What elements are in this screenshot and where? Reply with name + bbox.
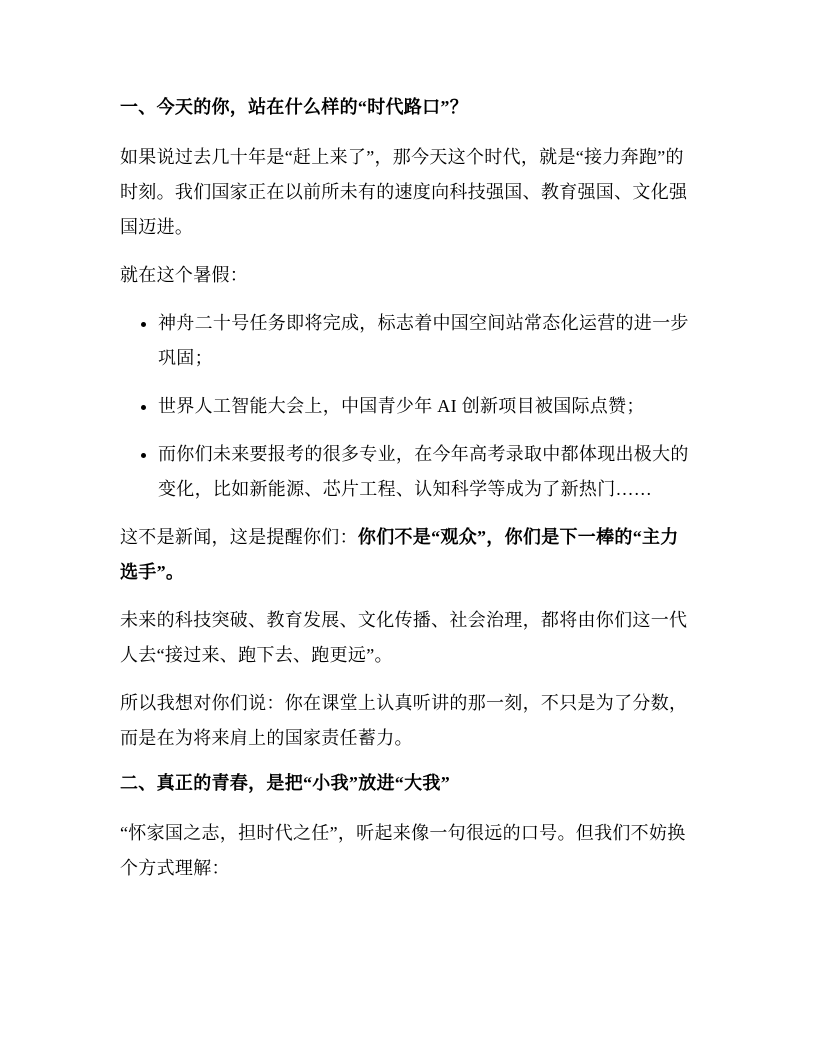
paragraph-slogan: “怀家国之志，担时代之任”，听起来像一句很远的口号。但我们不妨换个方式理解： [120, 816, 696, 886]
list-item-majors: 而你们未来要报考的很多专业，在今年高考录取中都体现出极大的变化，比如新能源、芯片… [158, 437, 696, 507]
section1-heading: 一、今天的你，站在什么样的“时代路口”？ [120, 93, 696, 121]
summer-highlights-list: 神舟二十号任务即将完成，标志着中国空间站常态化运营的进一步巩固； 世界人工智能大… [120, 306, 696, 507]
paragraph-summer-lead: 就在这个暑假： [120, 258, 696, 293]
paragraph-era-intro: 如果说过去几十年是“赶上来了”，那今天这个时代，就是“接力奔跑”的时刻。我们国家… [120, 140, 696, 245]
paragraph-reminder: 这不是新闻，这是提醒你们：你们不是“观众”，你们是下一棒的“主力选手”。 [120, 520, 696, 590]
list-item-ai-conference: 世界人工智能大会上，中国青少年 AI 创新项目被国际点赞； [158, 389, 696, 424]
paragraph-classroom: 所以我想对你们说：你在课堂上认真听讲的那一刻，不只是为了分数，而是在为将来肩上的… [120, 686, 696, 756]
paragraph-future-relay: 未来的科技突破、教育发展、文化传播、社会治理，都将由你们这一代人去“接过来、跑下… [120, 603, 696, 673]
list-item-shenzhou: 神舟二十号任务即将完成，标志着中国空间站常态化运营的进一步巩固； [158, 306, 696, 376]
section2-heading: 二、真正的青春，是把“小我”放进“大我” [120, 769, 696, 797]
reminder-prefix-text: 这不是新闻，这是提醒你们： [120, 527, 358, 547]
document-page: 一、今天的你，站在什么样的“时代路口”？ 如果说过去几十年是“赶上来了”，那今天… [0, 0, 816, 1056]
